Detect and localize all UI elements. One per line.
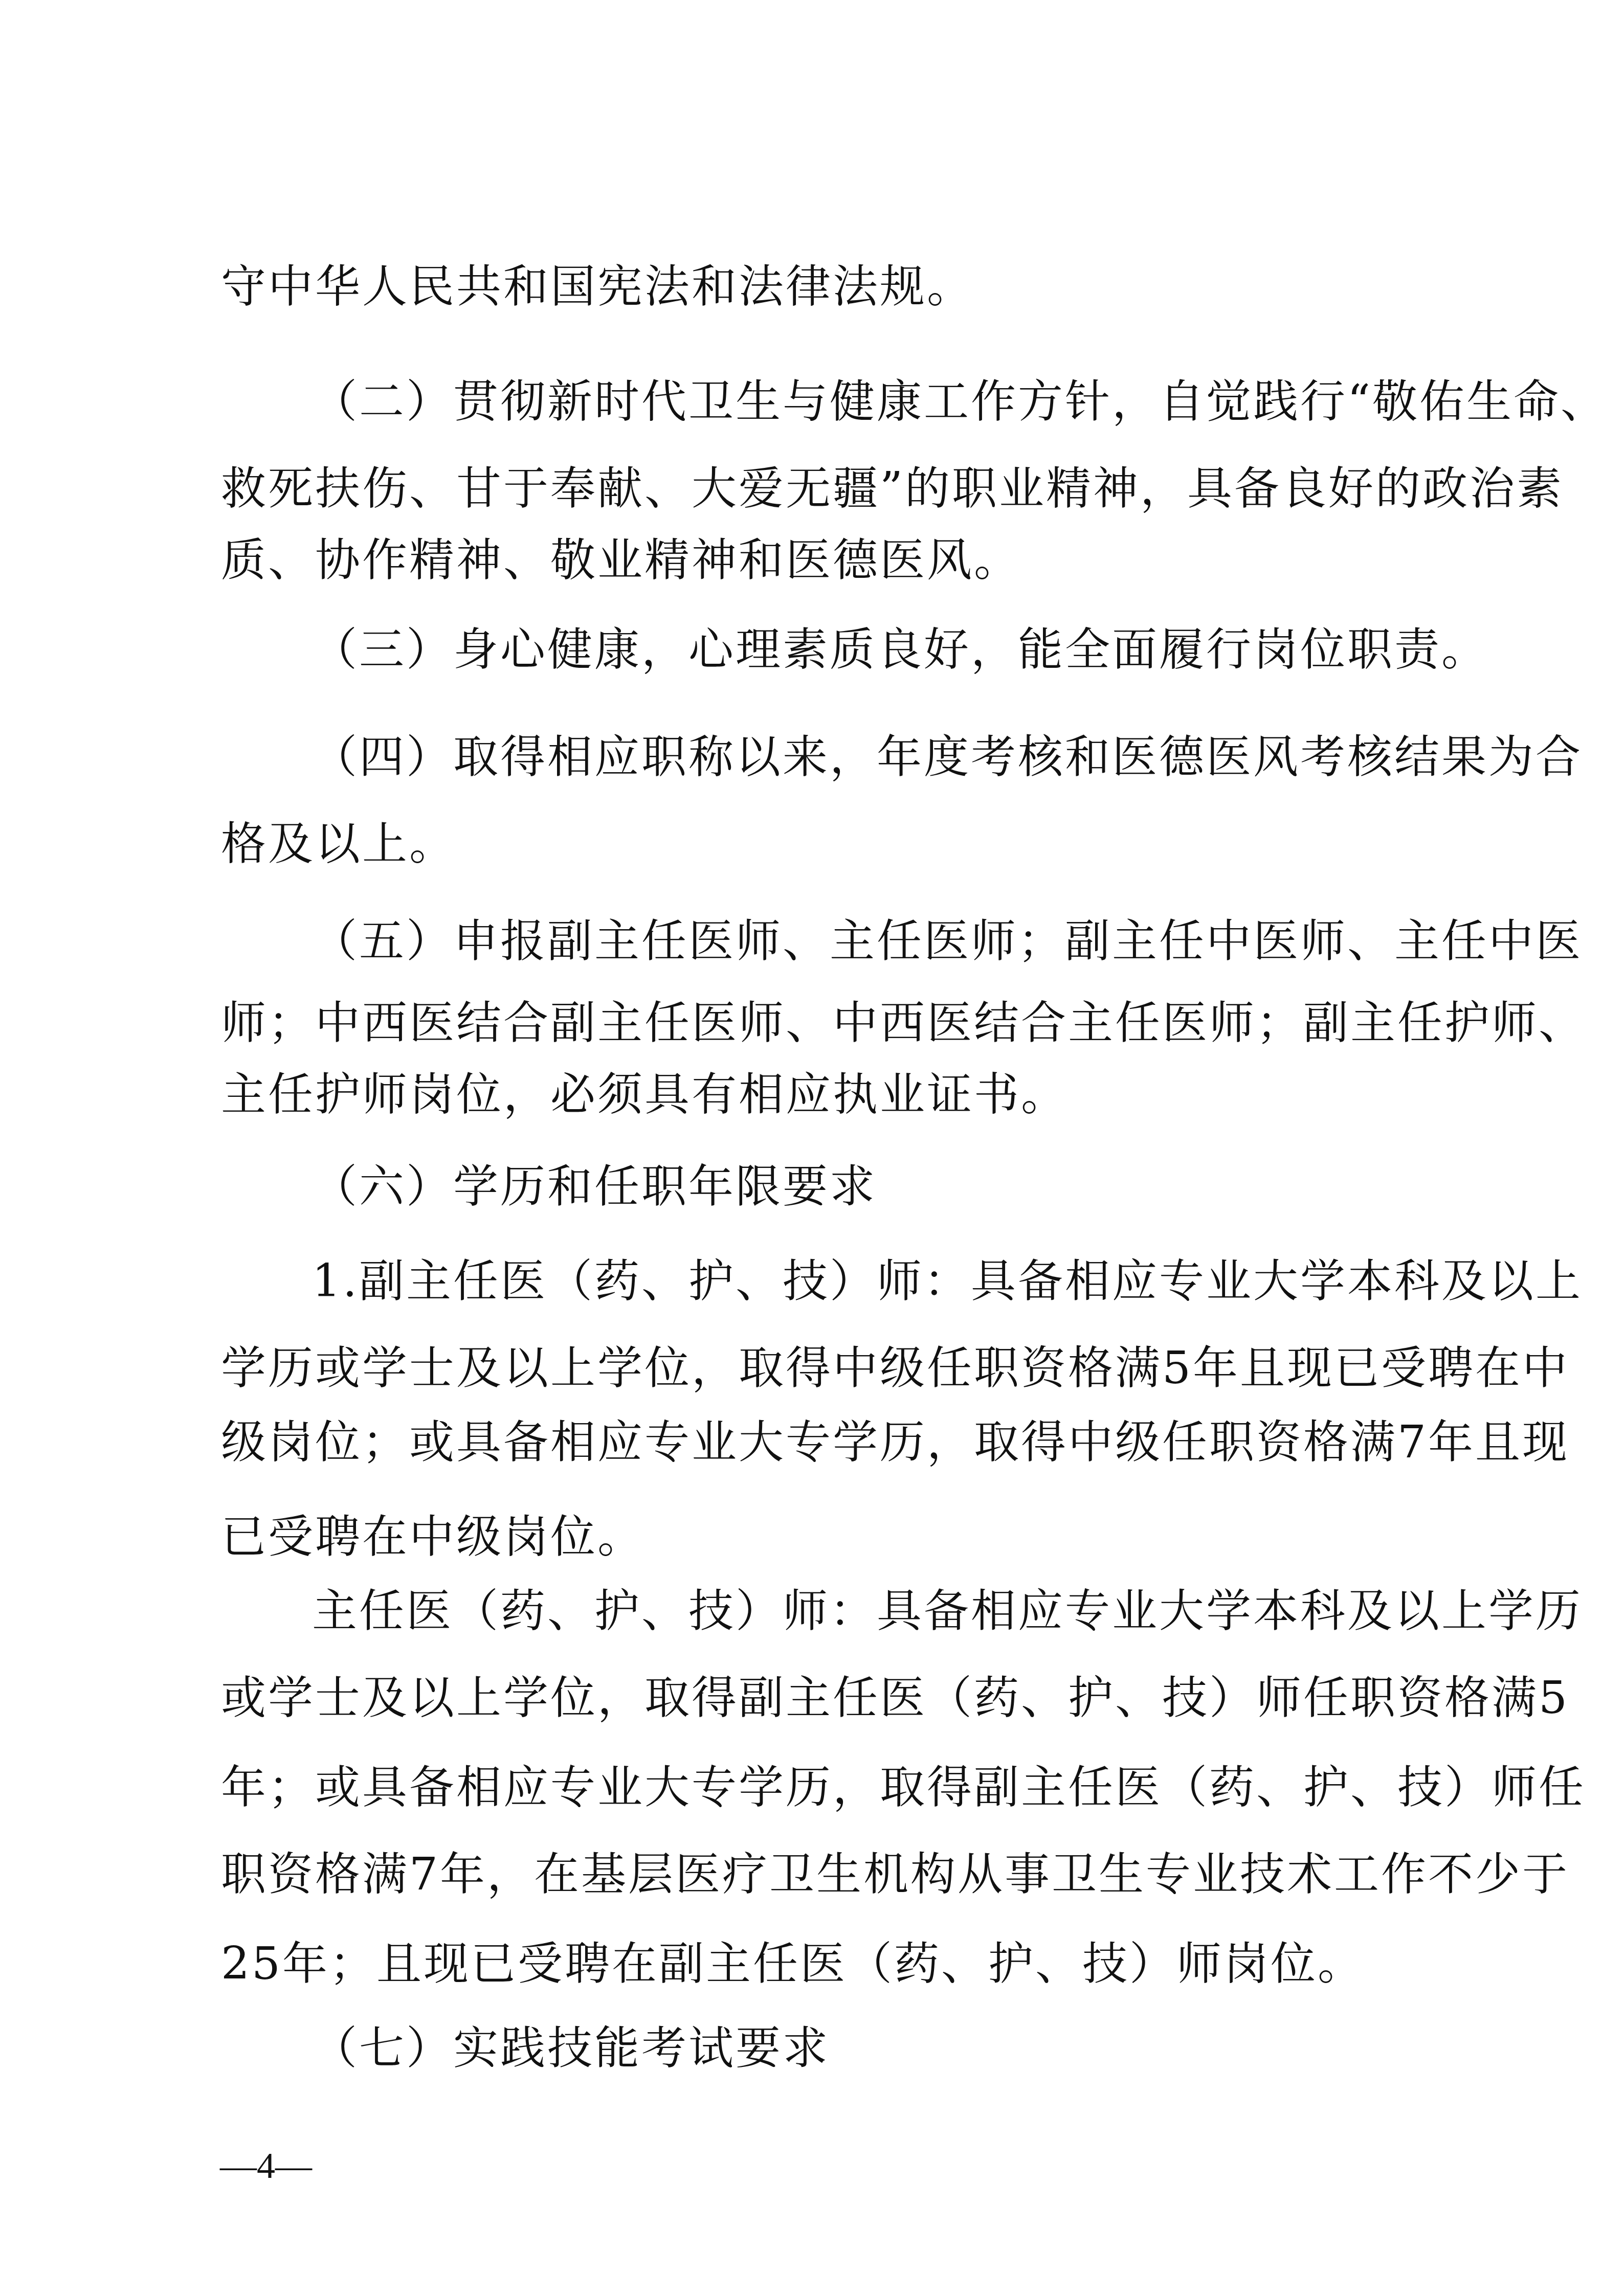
paragraph-line: （三）身心健康，心理素质良好，能全面履行岗位职责。 <box>312 624 1420 675</box>
paragraph-line: 职资格满7年，在基层医疗卫生机构从事卫生专业技术工作不少于 <box>221 1849 1420 1900</box>
paragraph-line: 师；中西医结合副主任医师、中西医结合主任医师；副主任护师、 <box>221 997 1420 1048</box>
paragraph-line: （二）贯彻新时代卫生与健康工作方针，自觉践行“敬佑生命、 <box>312 376 1420 427</box>
page-number: —4— <box>220 2143 312 2189</box>
paragraph-line: （四）取得相应职称以来，年度考核和医德医风考核结果为合 <box>312 731 1420 782</box>
paragraph-line: 主任医（药、护、技）师：具备相应专业大学本科及以上学历 <box>312 1585 1420 1636</box>
paragraph-line: 级岗位；或具备相应专业大专学历，取得中级任职资格满7年且现 <box>221 1416 1420 1468</box>
paragraph-line: 救死扶伤、甘于奉献、大爱无疆”的职业精神，具备良好的政治素 <box>221 463 1420 514</box>
paragraph-line: 守中华人民共和国宪法和法律法规。 <box>221 261 1420 312</box>
paragraph-line: 年；或具备相应专业大专学历，取得副主任医（药、护、技）师任 <box>221 1762 1420 1813</box>
paragraph-line: 格及以上。 <box>221 818 1420 869</box>
paragraph-line: 学历或学士及以上学位，取得中级任职资格满5年且现已受聘在中 <box>221 1342 1420 1393</box>
paragraph-line: （五）申报副主任医师、主任医师；副主任中医师、主任中医 <box>312 915 1420 966</box>
document-page: 守中华人民共和国宪法和法律法规。（二）贯彻新时代卫生与健康工作方针，自觉践行“敬… <box>0 0 1624 2296</box>
paragraph-line: （六）学历和任职年限要求 <box>312 1161 1420 1212</box>
paragraph-line: 1.副主任医（药、护、技）师：具备相应专业大学本科及以上 <box>312 1255 1420 1307</box>
paragraph-line: 已受聘在中级岗位。 <box>221 1511 1420 1562</box>
paragraph-line: 质、协作精神、敬业精神和医德医风。 <box>221 534 1420 586</box>
paragraph-line: 或学士及以上学位，取得副主任医（药、护、技）师任职资格满5 <box>221 1672 1420 1723</box>
paragraph-line: 25年；且现已受聘在副主任医（药、护、技）师岗位。 <box>221 1938 1420 1989</box>
paragraph-line: 主任护师岗位，必须具有相应执业证书。 <box>221 1069 1420 1120</box>
paragraph-line: （七）实践技能考试要求 <box>312 2022 1420 2074</box>
